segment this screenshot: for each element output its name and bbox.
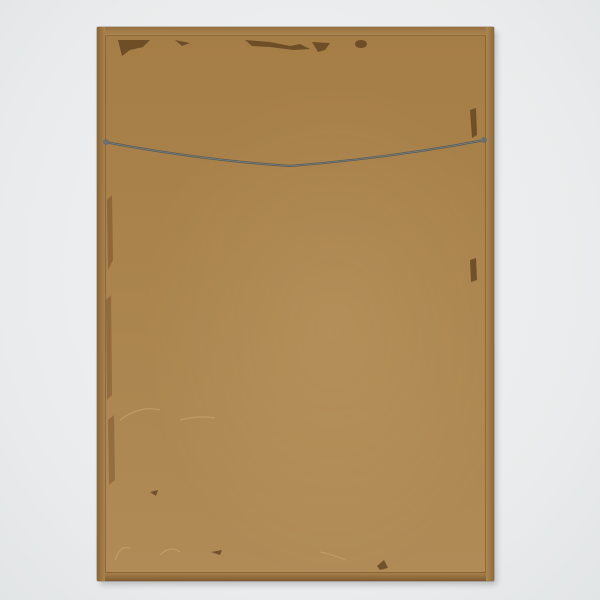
scuff-marks [115, 409, 345, 560]
wire-anchor-left [103, 139, 109, 145]
hanging-wire [103, 137, 487, 166]
wire-anchor-right [481, 137, 487, 143]
frame-details [0, 0, 600, 600]
torn-paper-marks [106, 40, 477, 570]
